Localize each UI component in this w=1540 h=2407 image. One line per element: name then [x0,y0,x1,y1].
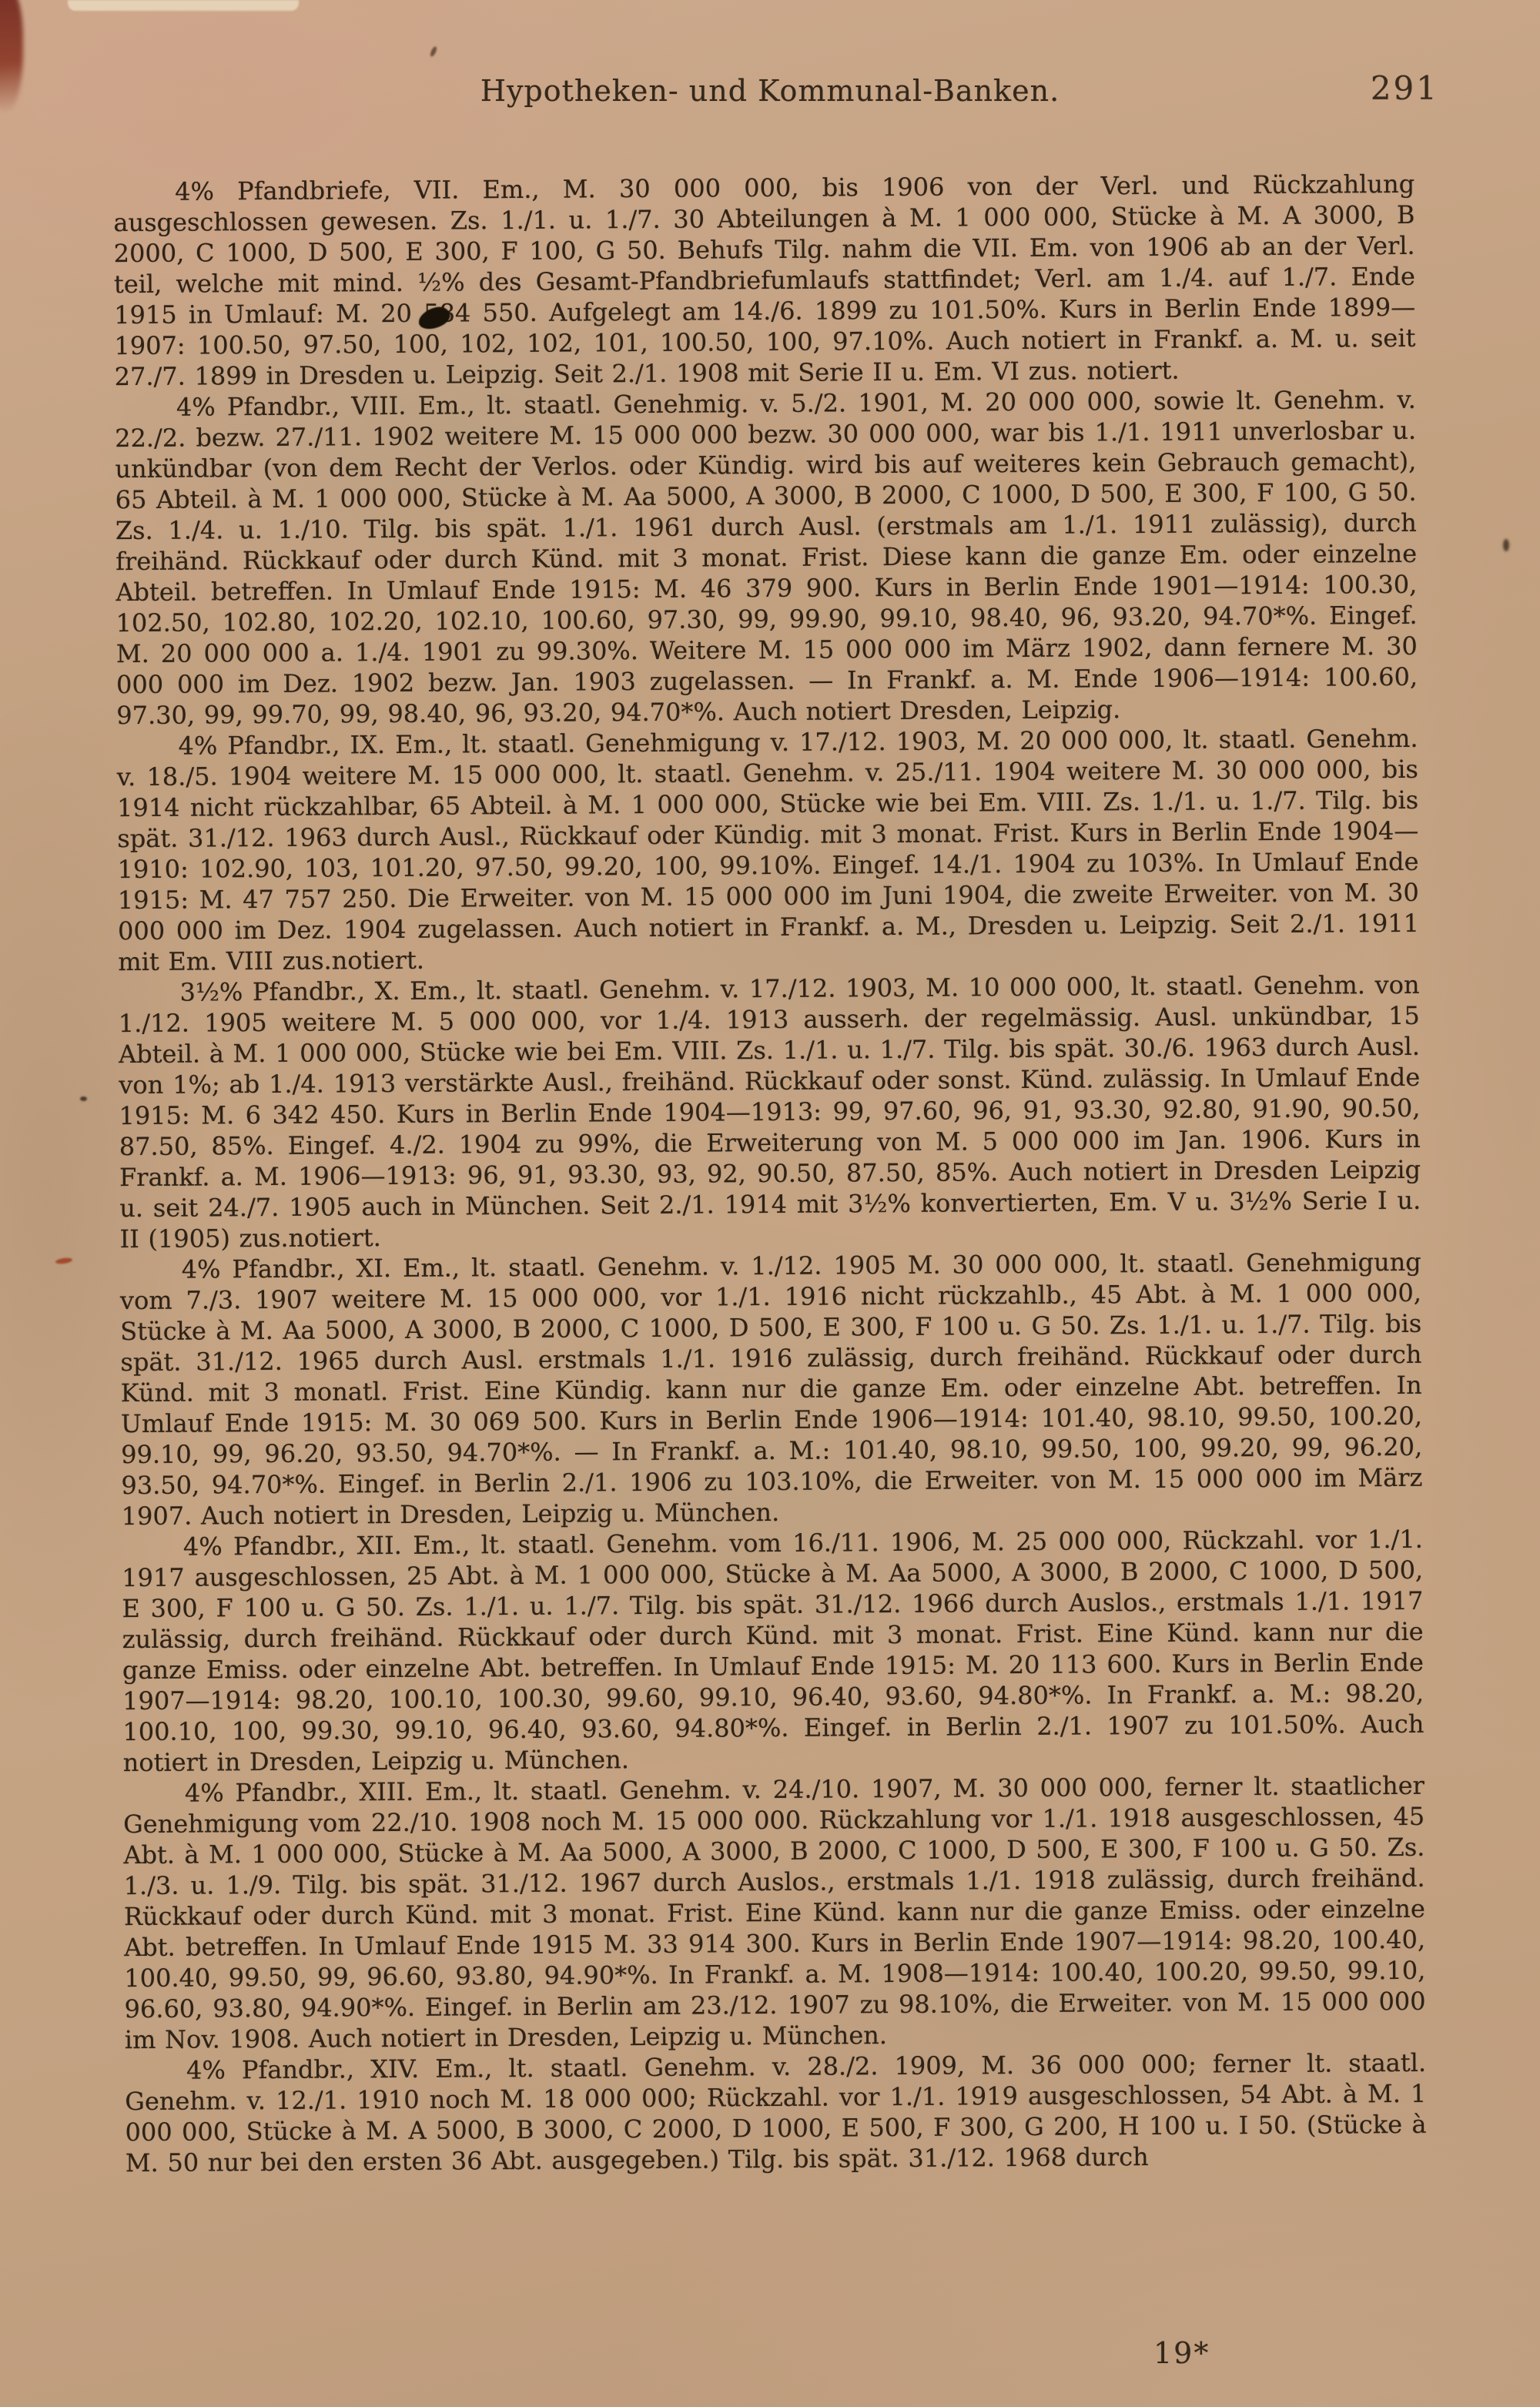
paragraph: 4% Pfandbr., XII. Em., lt. staatl. Geneh… [122,1524,1424,1778]
paragraph: 4% Pfandbr., IX. Em., lt. staatl. Genehm… [116,723,1419,977]
paragraph: 4% Pfandbriefe, VII. Em., M. 30 000 000,… [113,169,1416,392]
paragraph: 4% Pfandbr., VIII. Em., lt. staatl. Gene… [115,384,1418,731]
dark-speck [1503,539,1509,551]
page-edge-highlight [68,0,299,11]
paragraph: 4% Pfandbr., XIII. Em., lt. staatl. Gene… [123,1770,1426,2055]
binding-edge-mark [0,0,23,112]
paragraph: 4% Pfandbr., XI. Em., lt. staatl. Genehm… [120,1247,1423,1532]
running-head: Hypotheken- und Kommunal-Banken. 291 [119,74,1421,112]
running-head-title: Hypotheken- und Kommunal-Banken. [119,74,1421,108]
text-block: 4% Pfandbriefe, VII. Em., M. 30 000 000,… [113,169,1427,2178]
book-page: Hypotheken- und Kommunal-Banken. 291 4% … [0,0,1540,2407]
signature-mark: 19* [1153,2336,1210,2370]
dark-speck [429,45,437,57]
red-speck [55,1257,73,1265]
page-number: 291 [1371,69,1439,107]
paragraph: 3½% Pfandbr., X. Em., lt. staatl. Genehm… [118,969,1421,1254]
paragraph: 4% Pfandbr., XIV. Em., lt. staatl. Geneh… [125,2047,1427,2178]
dark-speck [80,1096,87,1101]
